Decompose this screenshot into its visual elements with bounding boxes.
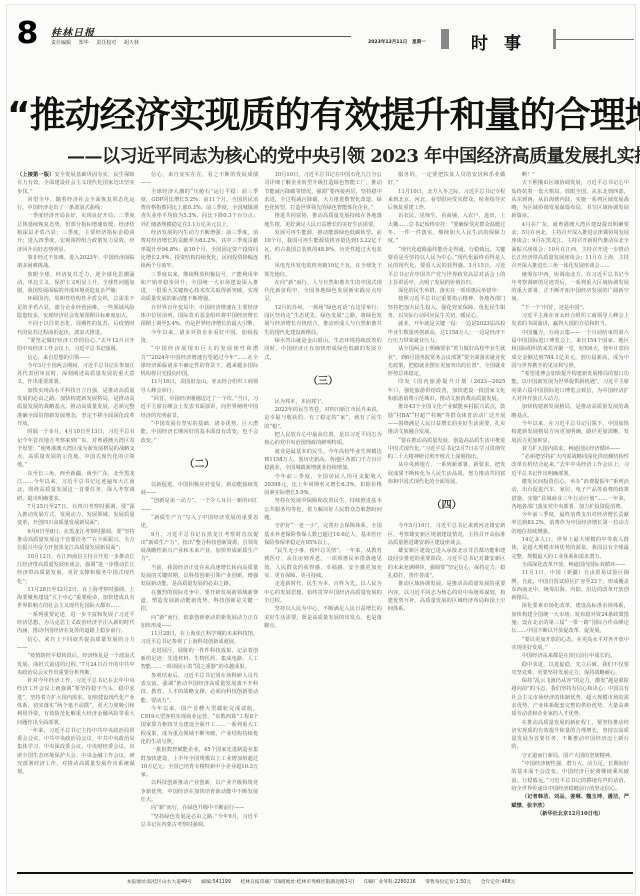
editor-label: 责任编辑 <box>51 40 71 46</box>
paragraph: 坚持在发展中保障和改善民生，持续推进基本公共服务均等化，着力解决好人民群众急难愁… <box>264 497 382 522</box>
paragraph: 今年以来，国产首艘大型邮轮完成试航，C919大型客机实现商业运营，“东数西算”工… <box>141 705 259 746</box>
paragraph: 11月28日至12月2日，在上海考察时强调，上海要聚焦建设“五个中心”重要使命，… <box>17 586 135 611</box>
page-number: 8 <box>16 19 38 49</box>
paragraph: 针对今年经济工作，习近平总书记在去年中央经济工作会议上就强调“要坚持稳字当头、稳… <box>17 677 135 727</box>
paragraph: 在向“新”而行、人与自然和谐共生的中国式现代化新征程中，全国各地绿色发展新实践亮… <box>264 279 382 304</box>
paragraph: 当前，我国经济正处在从高速增长转向高质量发展的关键时期。以科技创新引领产业创新，… <box>141 564 259 589</box>
paragraph: 今年前三季度，最终消费支出对经济增长贡献率达到83.2%，消费作为中国经济增长第… <box>511 511 629 536</box>
proofreader-label: 责任校对 <box>96 40 116 46</box>
paragraph: 在世界百年变局中，中国经济增速在主要经济体中位居前列，国际货币基金组织将中国经济… <box>141 304 259 329</box>
paragraph: “要坚定做好经济工作的信心。”去年12月召开的中央经济工作会议上，习近平总书记强… <box>17 337 135 354</box>
paragraph: 今年3月全国两会期间，习近平总书记在参加江苏代表团审议时，深刻阐述高质量发展的重… <box>17 362 135 387</box>
paragraph: “疫情防控平稳转段后，经济恢复是一个波浪式发展、曲折式前进的过程。”7月24日召… <box>17 652 135 677</box>
paragraph: 就业，开年就是关键一役：一边是2023届高校毕业生数量再创新高，达1158万人；… <box>388 320 506 345</box>
paragraph: 4月在广东，就粤港澳大湾区建设提出明确要求；5月在河北，主持召开深入推进京津冀协… <box>511 221 629 271</box>
paragraph: 天下熙攘由区域协调发展，习近平总书记心中始终装着一盘大棋局。放眼全国，从东北到西… <box>511 179 629 220</box>
issue-date: 2023年12月11日 星期一 <box>368 39 429 45</box>
paragraph: 参观结束后，习近平总书记同在场科研人员代表交流，强调“推动中国经济高质量发展离不… <box>141 672 259 705</box>
paragraph: 坚持以人民为中心，不断满足人民日益增长的美好生活需要，既是高质量发展的出发点，也… <box>264 605 382 630</box>
paragraph: 经济发展的内生动力不断增强：前三季度，消费对经济增长的贡献率为83.2%，其中三… <box>141 229 259 270</box>
paragraph: 9月，习近平总书记在黑龙江考察时首次提出“新质生产力”，指出“整合科技创新资源，… <box>141 531 259 564</box>
paragraph: 9月6日至8日，在黑龙江考察时强调，要“坚持推动高质量发展这个首要任务”“在全面… <box>17 528 135 553</box>
article-headline: “推动经济实现质的有效提升和量的合理增长” <box>7 95 635 137</box>
paragraph: “坚持绿色发展是必由之路。”今年9月，习近平总书记在内蒙古考察时强调。 <box>141 813 259 830</box>
masthead: 8 桂林日报 责任编辑 郑华 责任校对 胡天林 2023年12月11日 星期一 … <box>13 17 633 51</box>
paragraph: （上接第一版）安全发展基础巩固夯实，民生保障有力有效，全面建设社会主义现代化国家… <box>17 171 135 196</box>
section-title: 时事 <box>471 29 537 54</box>
footer-address: 本报地址:临桂区山水大道49号 <box>127 880 192 885</box>
paragraph: 按照习近平总书记重要指示精神，各地各部门坚持把加大民生投入、强化兜底保障、优化民… <box>388 295 506 320</box>
paragraph: “中国经济韧性强、潜力大、活力足，长期向好的基本面不会改变。中国经济巨轮将继续乘… <box>511 760 629 793</box>
paragraph: 一年来，习近平总书记主持中共中央政治局常委会会议、中共中央政治局会议、中共中央政… <box>17 727 135 777</box>
paragraph: 以新促进，中国积极应对变局，新动能接续发展—— <box>141 481 259 498</box>
paragraph: 走进新时代，民生为本，百姓为先。以人民为中心的发展思想，始终贯穿中国经济高质量发… <box>264 580 382 605</box>
paragraph: 中国经济从来都是在顶压前行中成长的。 <box>511 652 629 660</box>
paragraph: 雄安新区建设已进入承接北京非首都功能和建设同步推进的重要阶段，习近平总书记对雄安… <box>388 547 506 580</box>
paragraph: 11月1日，中国（新疆）自由贸易试验区揭牌。自此，中国自贸试验区扩容至22个，形… <box>511 569 629 602</box>
newspaper-page: 8 桂林日报 责任编辑 郑华 责任校对 胡天林 2023年12月11日 星期一 … <box>6 4 636 894</box>
paragraph: 在推动高质量发展的新征程上，要坚持推动经济实现质的有效提升和量的合理增长，坚持以… <box>511 719 629 752</box>
proofreader-name: 胡天林 <box>124 40 139 46</box>
text-column-2: 信心，来自实实在在，看之不断的发展成绩——全球经济大潮的“压舱石”运行平稳：前三… <box>141 171 259 855</box>
section-number-heading: （三） <box>264 376 382 388</box>
paragraph: 一系列重要论述，进一步丰富和发展了习近平经济思想，为马克思主义政治经济学注入新的… <box>17 611 135 636</box>
paragraph: 守正道而行新局，国产大国的坚韧精神。 <box>511 752 629 760</box>
weekday-text: 星期一 <box>412 40 426 45</box>
paragraph: 一批批数智赋能企业，45个国家先进制造业集群加快建设，上半年全国规模以上工业增加… <box>141 746 259 779</box>
text-column-1: （上接第一版）安全发展基础巩固夯实，民生保障有力有效，全面建设社会主义现代化国家… <box>17 171 135 855</box>
text-column-4: 服务的，一定要把扶贫人员的安居和乐业做好。”11月10日，北方入冬之际，习近平总… <box>388 171 506 855</box>
paragraph: 全球经济大潮的“压舱石”运行平稳：前三季度，GDP同比增长5.2%；前11个月，… <box>141 188 259 229</box>
date-text: 2023年12月11日 <box>368 40 407 45</box>
paragraph: 把人民放在心中最高位置，是以习近平同志为核心的党中央治国理政的鲜明特质。 <box>264 431 382 448</box>
paragraph: 推出43个全国文化产业赋能乡村振兴试点，鼓励“村BA”“村超”“村晚”等群众体育… <box>388 403 506 436</box>
footer-retail-price: 零售每份定价:1.50元 <box>425 880 471 885</box>
paragraph: 一季度经济开局良好，实现良好开局；二季度总体延续恢复态势，但部分指标增速放缓，经… <box>17 212 135 253</box>
paragraph: “民生无小事，枝叶总关情”。一年来，从教育到医疗，从住房到养老，一项项惠民举措落… <box>264 547 382 580</box>
paragraph: 三季度以来，继续释放积极信号，产能利用率和产销率稳步回升；全国统一大市场建设深入… <box>141 271 259 304</box>
paragraph: “中国经济展现出巨大的发展韧性和潜力”“2024年中国经济增速有望超过今年”……… <box>141 345 259 378</box>
paragraph: 以科技创新推动产业创新，以产业升级构筑竞争新优势，中国经济在加快培育新动能中不断… <box>141 779 259 804</box>
footer-postcode: 邮编:541199 <box>201 880 231 885</box>
paragraph: 东至长三角，西至新疆，南至广东，北至黑龙江……今年以来，习近平总书记足迹遍布大江… <box>17 470 135 503</box>
paragraph: 推进共同富裕，推动高质量发展持续在各地落地生根，更好满足人民日益增长的美好生活需… <box>264 212 382 229</box>
paragraph: 习近平主席在亚太经合组织工商领导人峰会上发表的书面演讲，赢得大国的自信和担当。 <box>511 312 629 329</box>
paragraph: 事非经过不知难。进入2023年，中国经济面临诸多困难挑战。 <box>17 254 135 271</box>
paragraph: 信心，来自思想的引领—— <box>17 354 135 362</box>
paragraph: 12月的苏州，一场场“绿色对话”在这里举行；园区坚持走“生态优先、绿色发展”之路… <box>264 304 382 337</box>
paragraph: 不同于以往常态化，周期性的复苏，后疫情时代的复苏过程曲折起伏，波浪式推进。 <box>17 320 135 337</box>
paragraph: “要以更加开放的心态，在更高水平对外开放中实现更好发展。” <box>511 636 629 653</box>
paragraph: 11月10日，北方入冬之际，习近平总书记专程来到北京、河北，看望慰问受灾群众，检… <box>388 188 506 213</box>
paragraph: 深化要素市场化改革，建设高标准市场体系，加快构建全国统一大市场；发布稳外资24条… <box>511 602 629 635</box>
paragraph: 7月25日至27日，在四川考察时强调，要“深入推动发展方式、发展动力、发展领域、… <box>17 503 135 528</box>
article-body: （上接第一版）安全发展基础巩固夯实，民生保障有力有效，全面建设社会主义现代化国家… <box>17 171 629 855</box>
paragraph: 保持“乱云飞渡仍从容”的定力，激发“越是艰险越向前”的斗志，我们坚持有信心和决心… <box>511 677 629 718</box>
paragraph: 信心，来自上下同欲共促高质量发展的合力—— <box>17 636 135 653</box>
footer-printer-phone: 印刷厂业务科:2280216 <box>364 880 416 885</box>
paragraph: 今年5月10日，习近平总书记来到河北雄安新区，考察雄安新区规划建设情况，主持召开… <box>388 522 506 547</box>
paragraph: 风电光伏发电装机突破10亿千瓦，在全球处于领先地位。 <box>264 262 382 279</box>
paragraph: “必须把坚持扩大内需战略同深化供给侧结构性改革有机结合起来。”去年中央经济工作会… <box>511 453 629 478</box>
reporter-byline: （记者韩洁、刘品、姜琳、魏玉坤、潘洁、严赋憬、张辛欣） <box>511 793 629 810</box>
paragraph: 信心，来自实实在在，看之不断的发展成绩—— <box>141 171 259 188</box>
continued-from-tag: （上接第一版） <box>17 172 54 178</box>
article-subheadline: ——以习近平同志为核心的党中央引领 2023 年中国经济高质量发展扎实推进 <box>67 145 635 169</box>
paragraph: 今年以来，在习近平总书记引领下，中国加快构建新发展格局方向更加明确，路径更加清晰… <box>511 420 629 445</box>
paragraph: 向“新”而行，依靠创新驱动的新发展动力正在加快形成—— <box>141 614 259 631</box>
paragraph: “中国发展有坚实的基础、诸多优势、巨大潜能，中国经济长期向好的基本面没有改变，也… <box>141 420 259 445</box>
paragraph: 统筹东中西，协调南北方。在习近平总书记今年考察调研的足迹背后，一系列重大区域协调… <box>511 271 629 304</box>
paragraph: 11月28日，在上海张江科学城的未来科技馆，习近平总书记参观了上海科技创新成就展… <box>141 630 259 647</box>
paragraph: 访农民，见师生，看商铺，入农户，进田，上大棚……总书记始终牵挂：“要确保受灾群众… <box>388 212 506 245</box>
paragraph: 从中央到地方，一系列新部署、新要求，把发展成果不断转化为人民生活品质，努力推动共… <box>388 461 506 486</box>
masthead-rule-left <box>51 36 351 37</box>
paragraph: 10月12日，在江西南昌主持召开进一步推动长江经济带高质量发展座谈会，强调“进一… <box>17 553 135 586</box>
news-agency-dateline: （新华社北京12月10日电） <box>511 810 629 818</box>
paragraph: 绿水青山就是金山银山。生态环境持续改善的同时，中国经济正在加快形成绿色低碳的发展… <box>264 337 382 362</box>
paragraph: “希望进博会加快提升构建新发展格局的窗口功能，以中国新发展为世界提供新机遇”，习… <box>511 370 629 403</box>
paragraph: 守护好“一老一小”，完善社会保障体系。全国基本养老保险参保人数已超过10.6亿人… <box>264 522 382 547</box>
paragraph: 印发《国内旅游提升计划（2023—2025年）》，强化旅游供给改善，加快建设一批… <box>388 378 506 403</box>
paragraph: 稳中求进，以进促稳，先立后破。我们不仅要攻坚克难，更要坚持发展定力，保持战略耐心… <box>511 661 629 678</box>
paragraph: “要在推动高质量发展、创造高品质生活中推进中国式现代化。”习近平总书记2月7日在… <box>388 437 506 462</box>
paragraph: 就业是最基本的民生。今年高校毕业生规模达到1158万人，创历史新高。各地区各部门… <box>264 448 382 473</box>
paragraph: 激发民间投资信心，举办“消费提振年”系列活动，出台促进汽车、家居、电子产品等消费… <box>511 478 629 511</box>
paragraph: 中国魔力，万商云集——一个月前结束的第六届中国国际进口博览会上，来自154个国家… <box>511 329 629 370</box>
footer-annual-price: 全年定价:468元 <box>481 880 516 885</box>
masthead-rule-right <box>556 39 634 40</box>
editor-name: 郑华 <box>79 40 89 46</box>
footer-printer: 桂林日报印刷厂印刷(地址:桂林市秀峰区银湖北路1号) <box>240 880 354 885</box>
paragraph: 从全国两会上明确要求“着力做好高校毕业生就业”，到6月国务院常务会议部署“要全面… <box>388 345 506 378</box>
paragraph: 放眼全球，经济复苏乏力，逆全球化思潮涌动，单边主义、保护主义明显上升，全球性问题… <box>17 271 135 296</box>
text-column-5: 啊！”天下熙攘由区域协调发展，习近平总书记心中始终装着一盘大棋局。放眼全国，从东… <box>511 171 629 855</box>
paragraph: 在激烈的国际竞争中，要开辟发展新领域新赛道，塑造发展新动能新优势，科技创新是关键… <box>141 589 259 614</box>
paragraph: “下一个‘中国’，还是中国”。 <box>511 304 629 312</box>
editor-credits: 责任编辑 郑华 责任校对 胡天林 <box>51 39 145 46</box>
paragraph: “回首，中国经济刚刚迈过了一个坎。”当日，习近平主席在峰会上发表书面演讲，向世界… <box>141 395 259 420</box>
paragraph: “创新是第一动力”。一个令人耳目一新的词汇—— <box>141 497 259 514</box>
paragraph: 服务的，一定要把扶贫人员的安居和乐业做好。” <box>388 171 506 188</box>
paragraph: 向“新”而行，在绿色升级中不断前行—— <box>141 804 259 812</box>
paragraph: 全面深化改革开放，畅通国内国际双循环—— <box>511 561 629 569</box>
paragraph: 时隔一个多月，4月10日至13日，习近平总书记今年首次地方考察来到广东。对粤港澳… <box>17 428 135 469</box>
section-number-heading: （四） <box>388 500 506 512</box>
paragraph: 加快实现高水平科技自立自强，是推动高质量发展的必由之路。加快构建新发展格局，是推… <box>17 387 135 428</box>
section-number-heading: （二） <box>141 459 259 471</box>
paragraph: 环顾国内，周期性结构性矛盾交织，总需求不足的矛盾凸显，部分企业经营困难，一些领域… <box>17 295 135 320</box>
paragraph: 回望全年，随着经济社会全面恢复常态化运行，中国经济走出了一条波浪式曲线： <box>17 196 135 213</box>
paragraph: “新质生产力”写入了中国经济发展的重要表述。 <box>141 514 259 531</box>
section-marker-block <box>441 29 449 49</box>
paragraph: 推动区域协调发展，是推动高质量发展的重要内容。以习近平同志为核心的党中央统筹谋划… <box>388 580 506 613</box>
paragraph: 深化的民生举措，落实在一项项惠民举措中： <box>388 287 506 295</box>
paragraph: 走进展厅，展陈的一件件科技成果，记录着创新的足迹：先进材料、生物医药、集成电路、… <box>141 647 259 672</box>
paragraph: 2023年的民生答卷，对四川新江市民丹来说，是幸福与收获的。有了稳定的“家”，就… <box>264 406 382 431</box>
paragraph: 着力扩大国内需求，畅通国民经济循环—— <box>511 445 629 453</box>
paragraph: 啊！” <box>511 171 629 179</box>
imprint-footer: 本报地址:临桂区山水大道49号 邮编:541199 桂林日报印刷厂印刷(地址:桂… <box>7 878 635 885</box>
paragraph: 11月16日，美国旧金山。亚太经合组织工商领导人峰会举行。 <box>141 378 259 395</box>
paragraph: 发展可再生能源，推动能源绿色低碳转型。前10个月，我国可再生能源装机容量达到13… <box>264 229 382 262</box>
paragraph: 加快构建新发展格局，是推动高质量发展的战略基点。 <box>511 403 629 420</box>
paragraph: 10月10日，习近平总书记在中国石化九江分公司详细了解企业转型升级打造绿色智能工… <box>264 171 382 212</box>
paragraph: 今年前三季度，全国居民人均可支配收入29398元，比上年同期名义增长6.3%，扣… <box>264 473 382 498</box>
footer-rule <box>17 872 633 874</box>
text-column-3: 10月10日，习近平总书记在中国石化九江分公司详细了解企业转型升级打造绿色智能工… <box>264 171 382 855</box>
paragraph: 民为邦本，本固邦宁。 <box>264 398 382 406</box>
paragraph: 14亿多人口，世界上最大规模的中等收入群体，是超大规模市场优势的源泉，我国具有全… <box>511 536 629 561</box>
paragraph: “现代化道路最终能否走得通，行稳致远，关键要看是否坚持以人民为中心。”现代化最终… <box>388 246 506 287</box>
paragraph: 今年以来，诸多外资企业看好中国，加码投资。 <box>141 329 259 346</box>
